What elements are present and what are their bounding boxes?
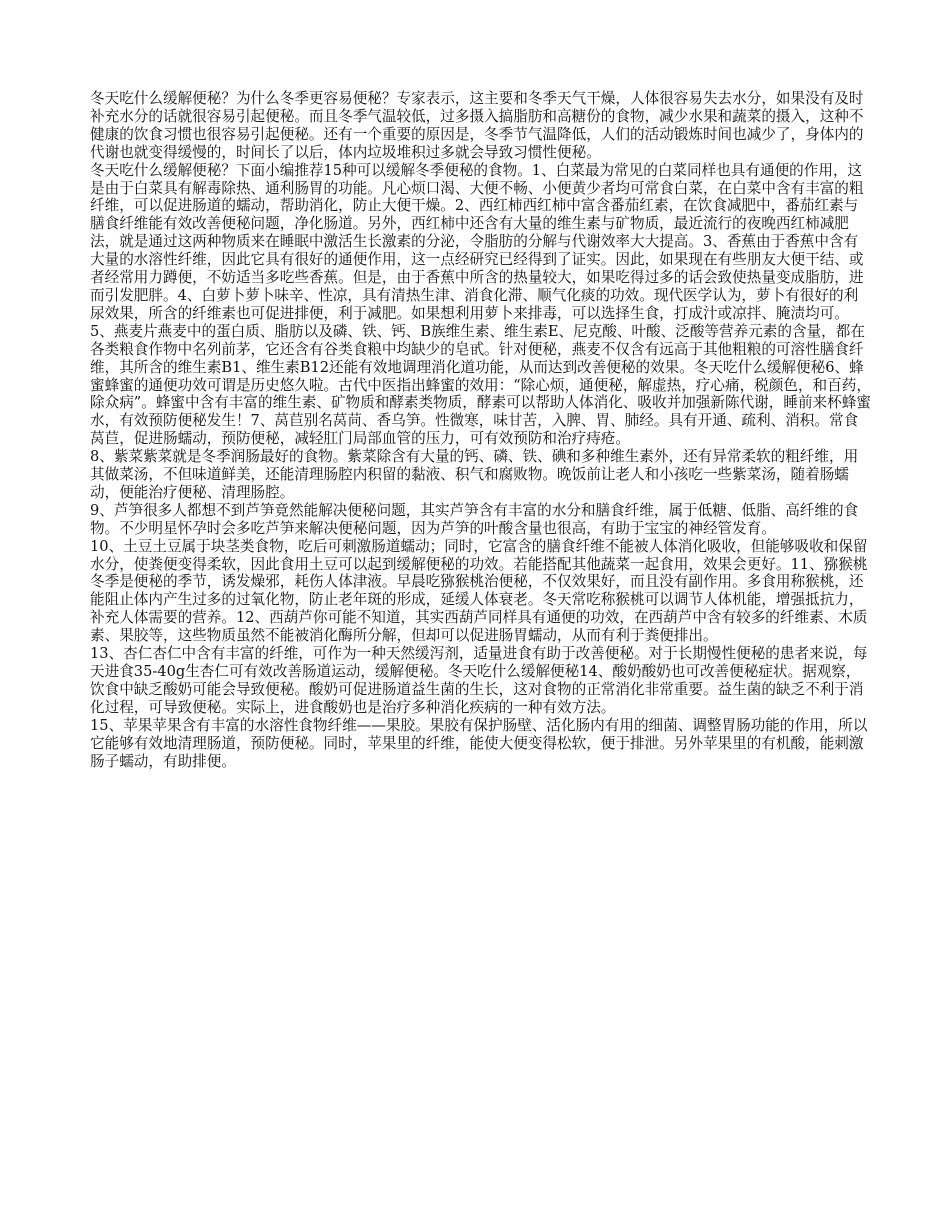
paragraph-intro: 冬天吃什么缓解便秘？为什么冬季更容易便秘？专家表示，这主要和冬季天气干燥，人体很… [90,90,872,162]
paragraph-food-15: 15、苹果苹果含有丰富的水溶性食物纤维——果胶。果胶有保护肠壁、活化肠内有用的细… [90,717,872,771]
paragraph-food-9: 9、芦笋很多人都想不到芦笋竟然能解决便秘问题，其实芦笋含有丰富的水分和膳食纤维，… [90,502,872,538]
paragraph-foods-5-7: 5、燕麦片燕麦中的蛋白质、脂肪以及磷、铁、钙、B族维生素、维生素E、尼克酸、叶酸… [90,323,872,448]
paragraph-food-8: 8、紫菜紫菜就是冬季润肠最好的食物。紫菜除含有大量的钙、磷、铁、碘和多种维生素外… [90,448,872,502]
document-body: 冬天吃什么缓解便秘？为什么冬季更容易便秘？专家表示，这主要和冬季天气干燥，人体很… [90,90,872,770]
paragraph-foods-10-12: 10、土豆土豆属于块茎类食物，吃后可刺激肠道蠕动；同时，它富含的膳食纤维不能被人… [90,538,872,645]
paragraph-foods-13-14: 13、杏仁杏仁中含有丰富的纤维，可作为一种天然缓泻剂，适量进食有助于改善便秘。对… [90,645,872,717]
paragraph-foods-1-4: 冬天吃什么缓解便秘？下面小编推荐15种可以缓解冬季便秘的食物。1、白菜最为常见的… [90,162,872,323]
